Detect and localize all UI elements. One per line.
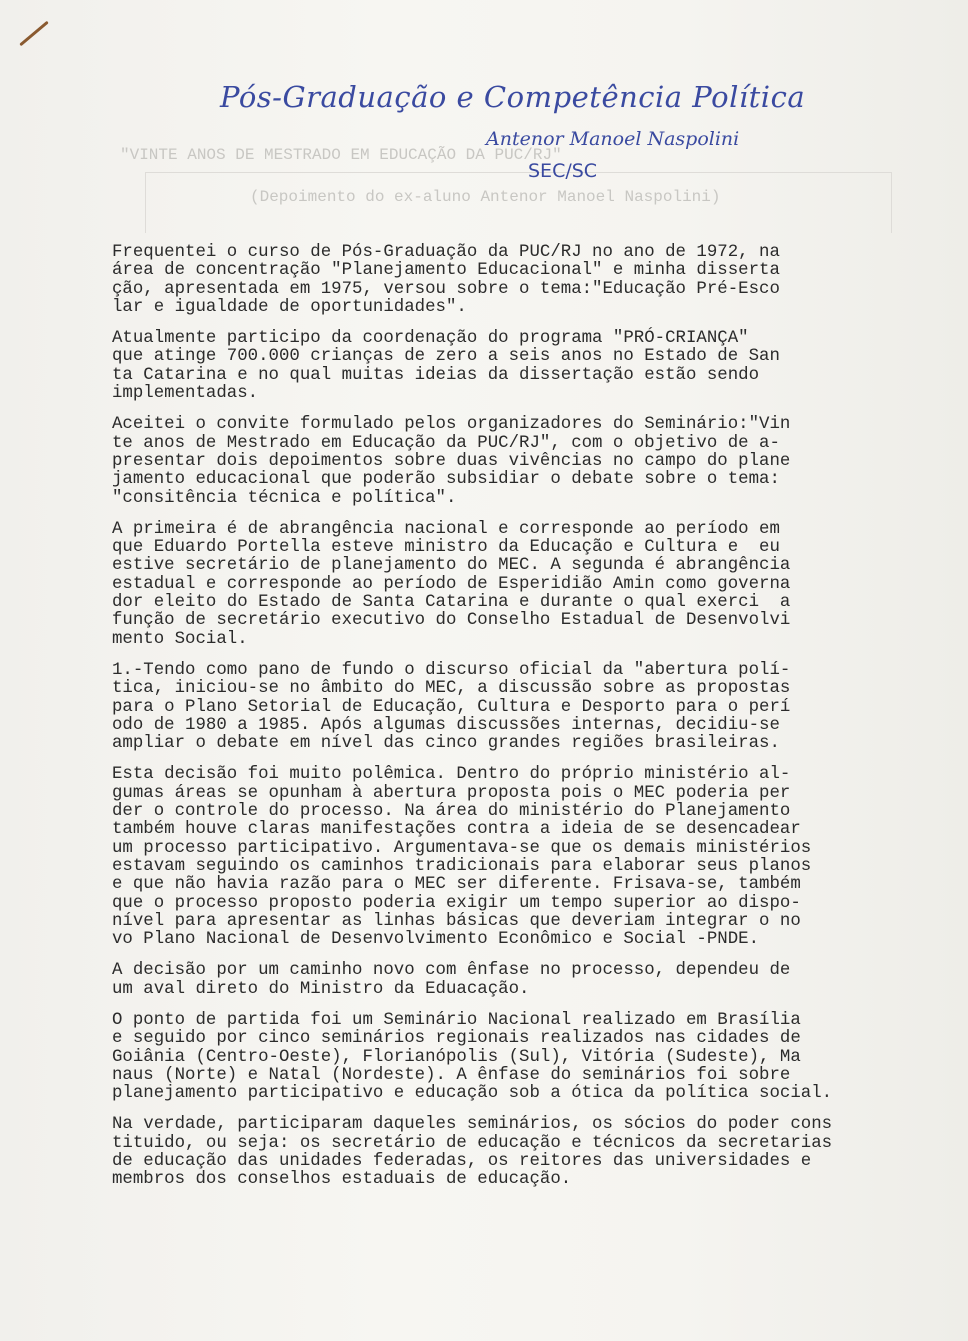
staple-mark (19, 21, 49, 46)
paragraph-dissertation: Frequentei o curso de Pós-Graduação da P… (112, 244, 902, 317)
bleed-through-subheading: (Depoimento do ex-aluno Antenor Manoel N… (250, 188, 720, 206)
paragraph-minister-approval: A decisão por um caminho novo com ênfase… (112, 962, 902, 999)
paragraph-seminar-invitation: Aceitei o convite formulado pelos organi… (112, 416, 902, 507)
paragraph-two-experiences: A primeira é de abrangência nacional e c… (112, 521, 902, 649)
handwritten-organization: SEC/SC (528, 160, 597, 182)
paragraph-seminars: O ponto de partida foi um Seminário Naci… (112, 1012, 902, 1103)
handwritten-author: Antenor Manoel Naspolini (486, 128, 739, 150)
handwritten-title: Pós-Graduação e Competência Política (220, 80, 805, 114)
paragraph-pro-crianca: Atualmente participo da coordenação do p… (112, 330, 902, 403)
typed-body: Frequentei o curso de Pós-Graduação da P… (112, 244, 902, 1203)
paragraph-controversy: Esta decisão foi muito polêmica. Dentro … (112, 766, 902, 949)
paragraph-participants: Na verdade, participaram daqueles seminá… (112, 1116, 902, 1189)
document-page: "VINTE ANOS DE MESTRADO EM EDUCAÇÃO DA P… (0, 0, 968, 1341)
paragraph-political-opening: 1.-Tendo como pano de fundo o discurso o… (112, 662, 902, 753)
